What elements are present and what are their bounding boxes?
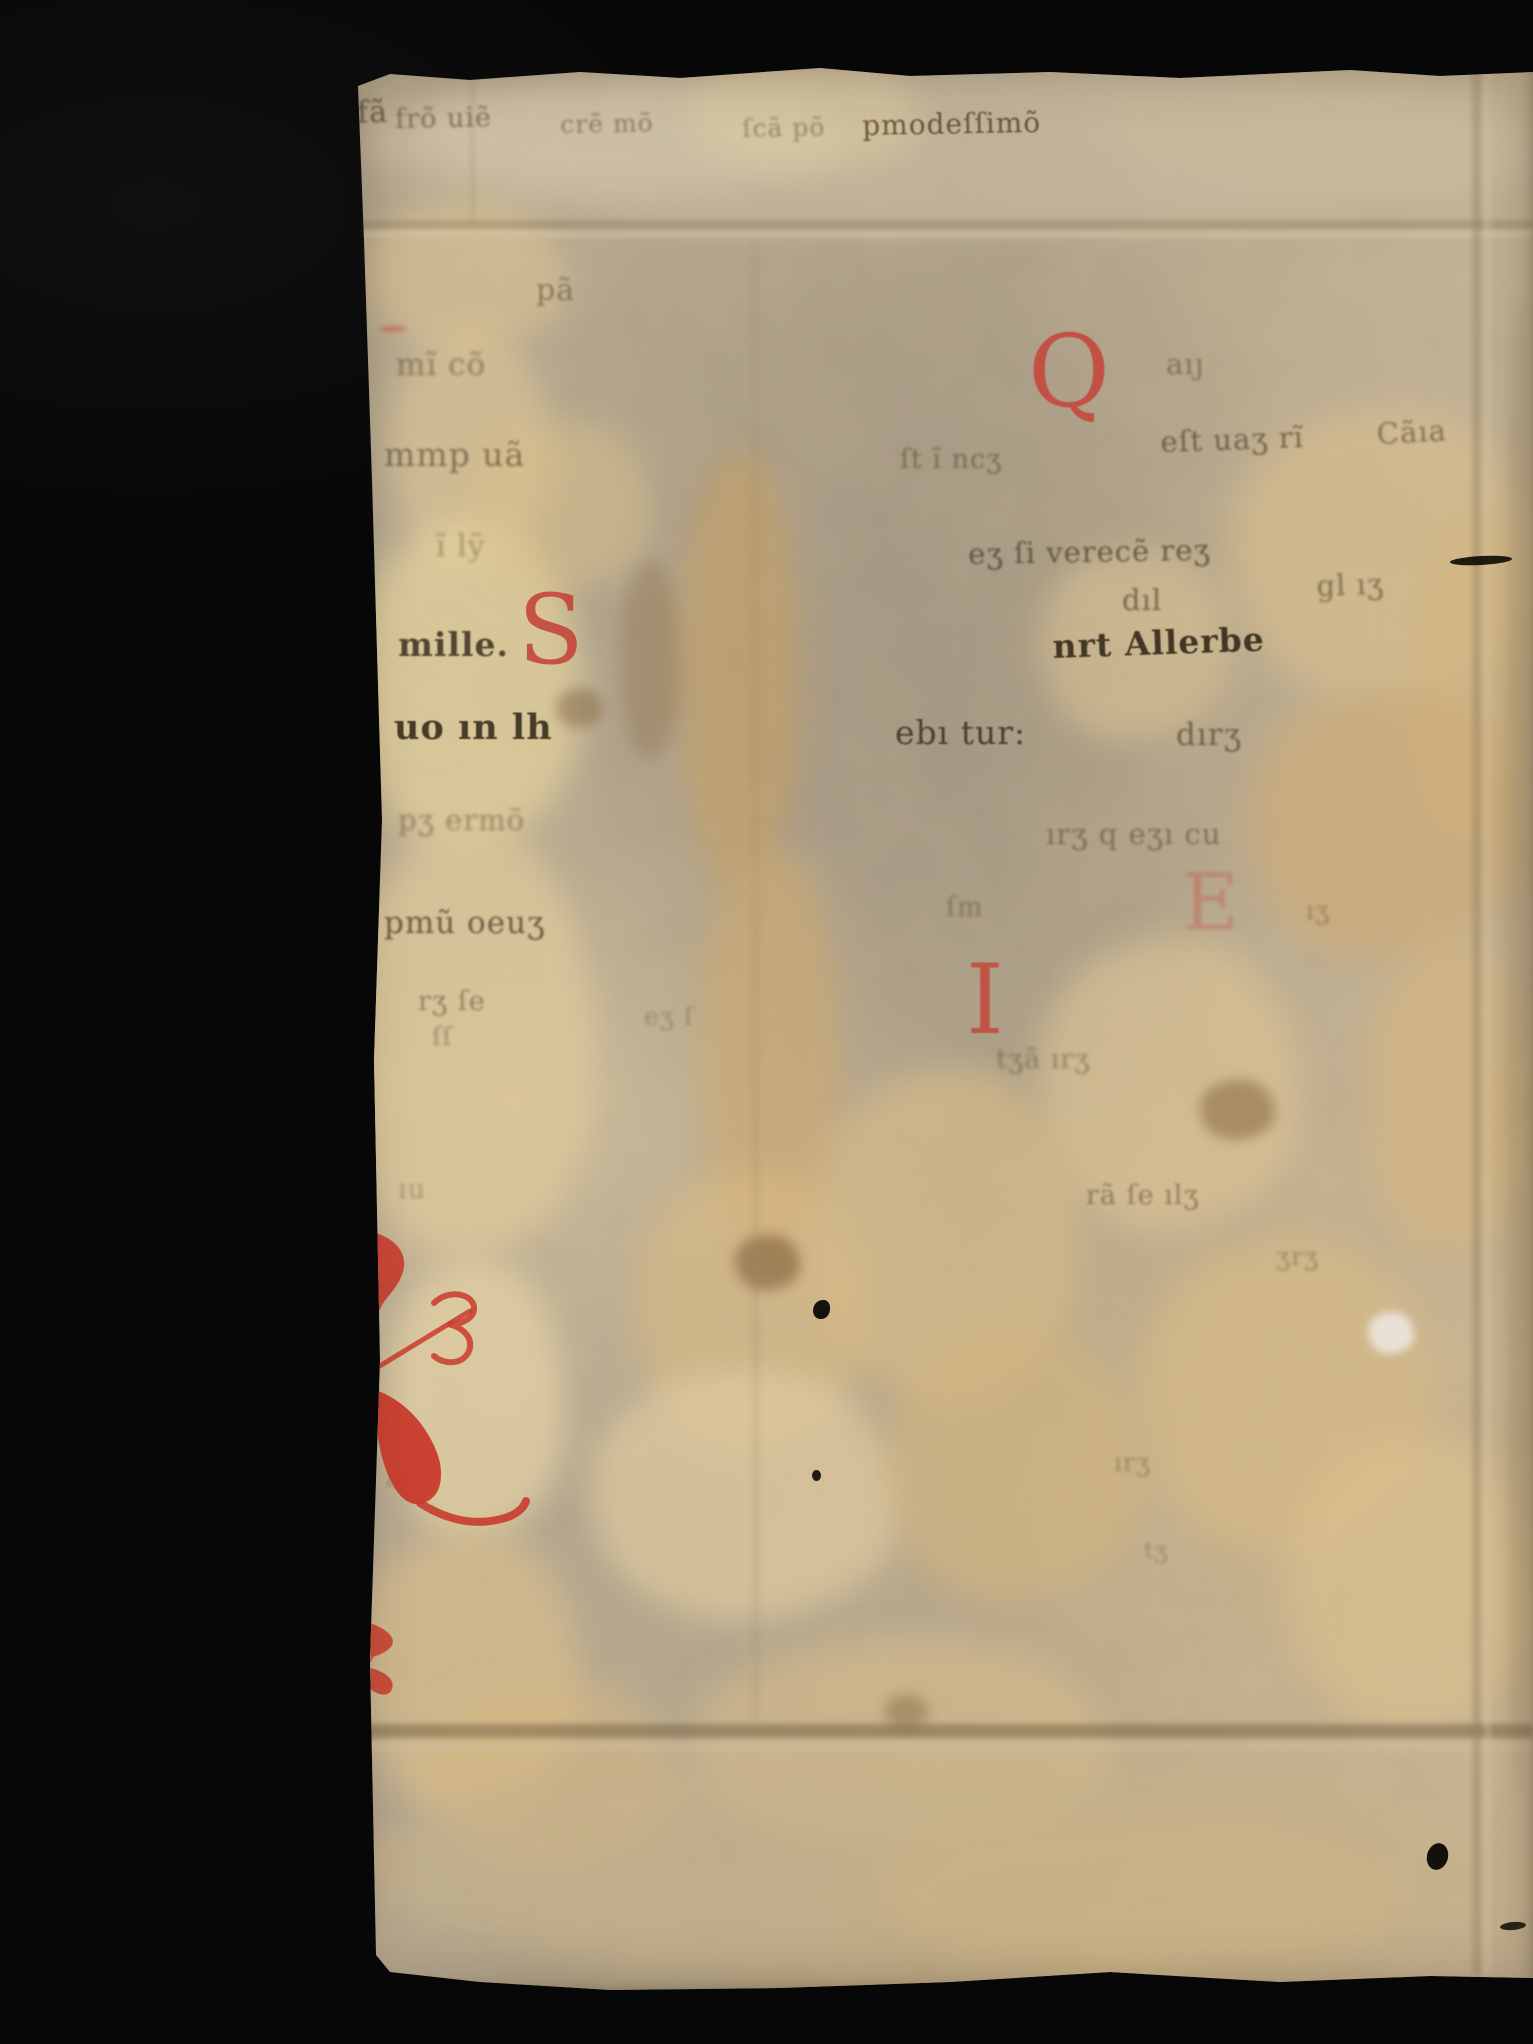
- hole-layer: [350, 60, 1533, 1990]
- parchment-hole: [1450, 554, 1512, 566]
- parchment-hole: [1424, 1841, 1451, 1873]
- parchment-hole: [1500, 1921, 1527, 1931]
- parchment-leaf: ſʒ fãfrõ uiẽcrẽ mõſcã põpmodeſſimõpãmĩ c…: [350, 60, 1533, 1990]
- parchment-hole: [812, 1470, 821, 1481]
- parchment-hole: [813, 1300, 830, 1319]
- manuscript-scan: ſʒ fãfrõ uiẽcrẽ mõſcã põpmodeſſimõpãmĩ c…: [0, 0, 1533, 2044]
